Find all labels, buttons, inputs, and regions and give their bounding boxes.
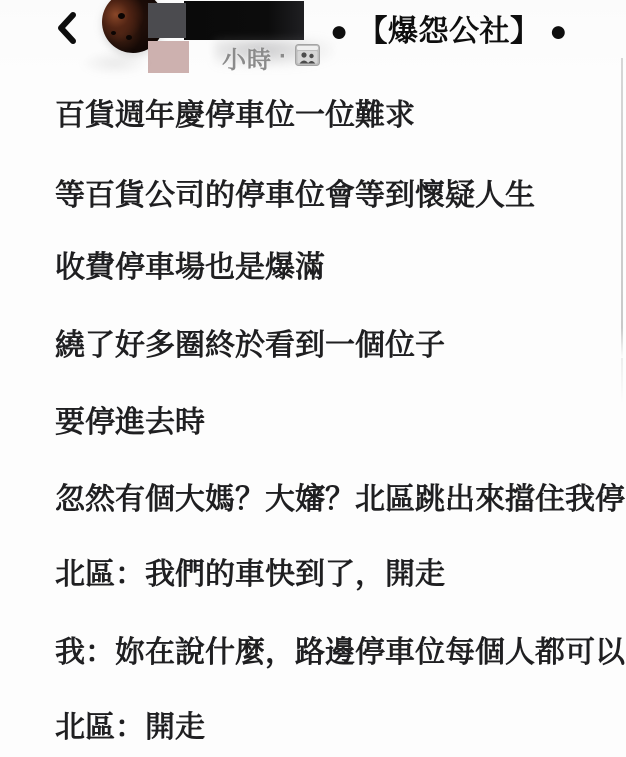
scrollbar-track-faint	[621, 358, 623, 403]
post-text: 百貨週年慶停車位一位難求 等百貨公司的停車位會等到懷疑人生 收費停車場也是爆滿 …	[0, 0, 626, 757]
post-line: 要停進去時	[55, 404, 626, 442]
scrollbar-track[interactable]	[621, 58, 623, 358]
post-line: 北區：我們的車快到了，開走	[55, 556, 626, 594]
post-line: 收費停車場也是爆滿	[55, 249, 626, 287]
post-line: 我：妳在說什麼，路邊停車位每個人都可以	[55, 634, 626, 672]
facebook-post-screen: 小時 · ● 【爆怨公社】 ● 百貨週年慶停車位一位難求 等百貨公司的停車位會等…	[0, 0, 626, 757]
post-line: 北區：開走	[55, 709, 626, 747]
post-line: 繞了好多圈終於看到一個位子	[55, 327, 626, 365]
post-line: 忽然有個大媽？大嬸？北區跳出來擋住我停	[55, 481, 626, 519]
post-line: 百貨週年慶停車位一位難求	[55, 97, 626, 135]
post-line: 等百貨公司的停車位會等到懷疑人生	[55, 177, 626, 215]
